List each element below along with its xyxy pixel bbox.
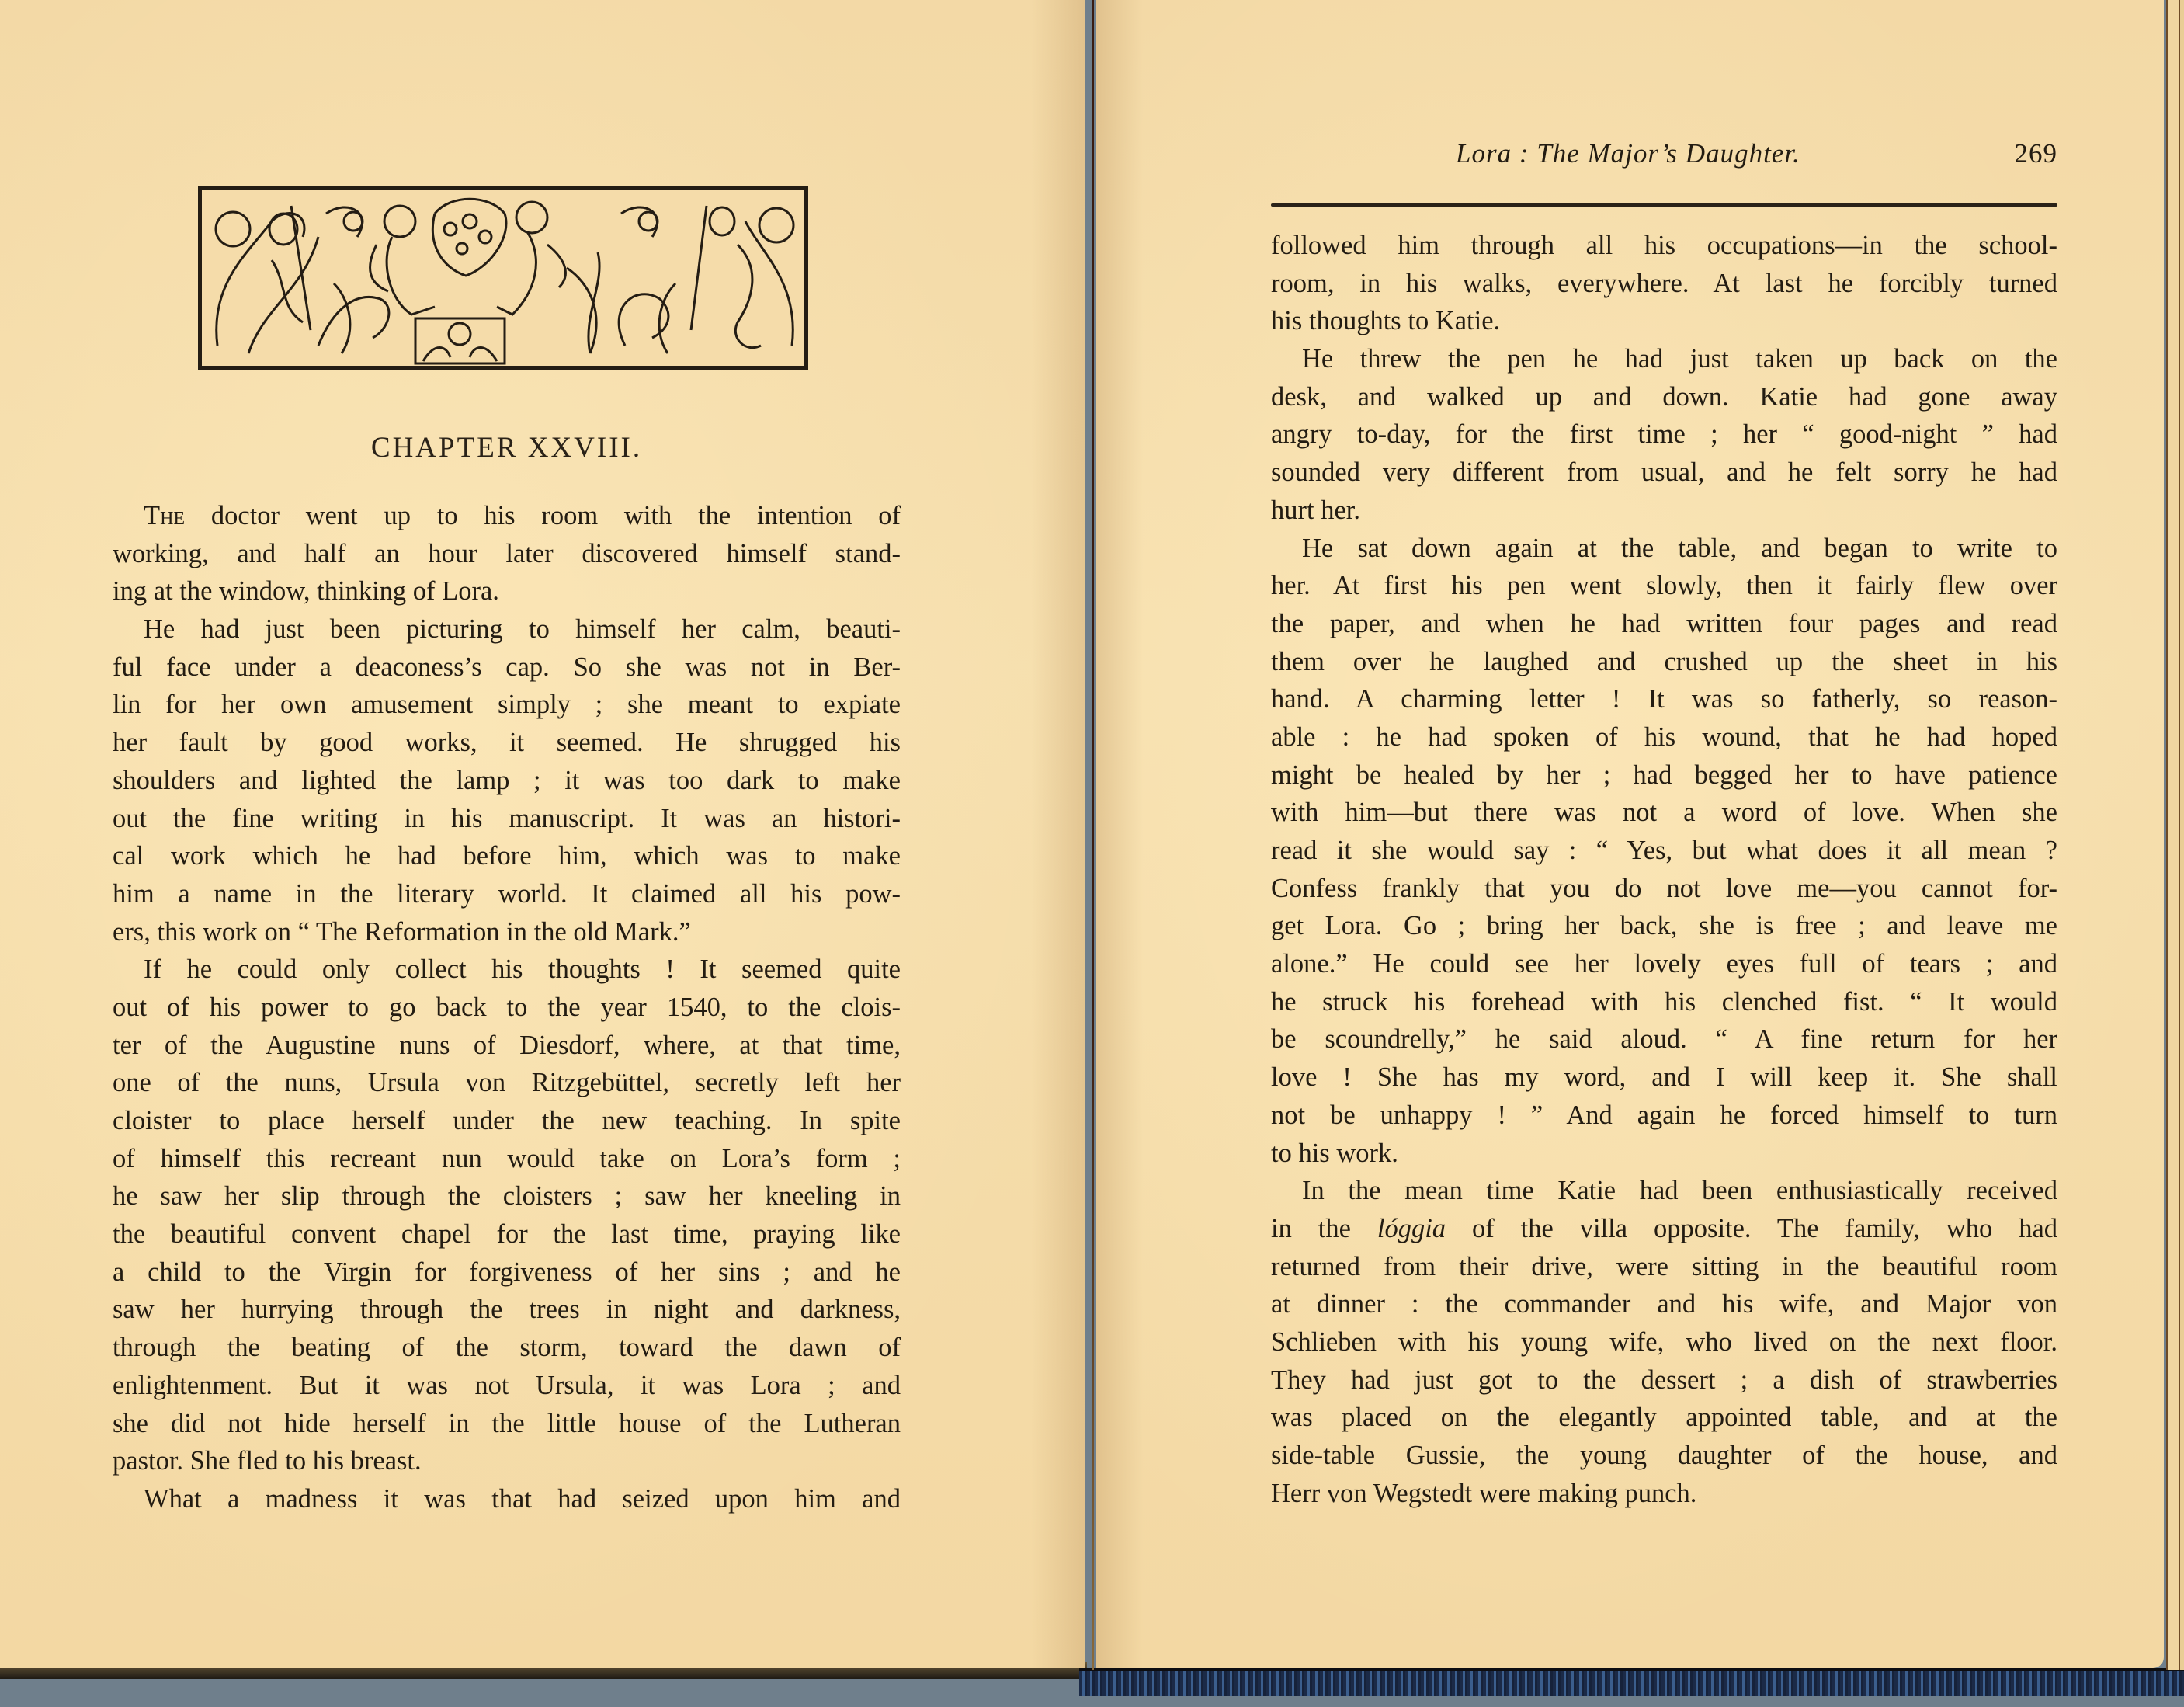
text-line: lin for her own amusement simply ; she m… bbox=[113, 686, 901, 724]
text-line: Schlieben with his young wife, who lived… bbox=[1271, 1323, 2057, 1361]
text-line: her fault by good works, it seemed. He s… bbox=[113, 724, 901, 762]
text-line: might be healed by her ; had begged her … bbox=[1271, 756, 2057, 794]
line-text: he struck his forehead with his clenched… bbox=[1271, 987, 2057, 1017]
text-line: He threw the pen he had just taken up ba… bbox=[1271, 340, 2057, 378]
line-text: lin for her own amusement simply ; she m… bbox=[113, 690, 901, 719]
line-text: he saw her slip through the cloisters ; … bbox=[113, 1181, 901, 1211]
line-text: one of the nuns, Ursula von Ritzgebüttel… bbox=[113, 1068, 901, 1097]
line-text: followed him through all his occupations… bbox=[1271, 231, 2057, 260]
line-text: of himself this recreant nun would take … bbox=[113, 1144, 901, 1173]
text-line: one of the nuns, Ursula von Ritzgebüttel… bbox=[113, 1064, 901, 1102]
text-line: The doctor went up to his room with the … bbox=[113, 497, 901, 535]
line-text: pastor. She fled to his breast. bbox=[113, 1446, 422, 1476]
line-text: working, and half an hour later discover… bbox=[113, 539, 901, 568]
line-text: doctor went up to his room with the inte… bbox=[211, 501, 901, 530]
text-line: ter of the Augustine nuns of Diesdorf, w… bbox=[113, 1027, 901, 1065]
text-line: angry to-day, for the first time ; her “… bbox=[1271, 415, 2057, 454]
line-text: in the bbox=[1271, 1214, 1377, 1243]
text-line: able : he had spoken of his wound, that … bbox=[1271, 718, 2057, 756]
text-line: ing at the window, thinking of Lora. bbox=[113, 572, 901, 610]
line-text: his thoughts to Katie. bbox=[1271, 306, 1500, 335]
line-text: she did not hide herself in the little h… bbox=[113, 1409, 901, 1438]
line-text: sounded very different from usual, and h… bbox=[1271, 457, 2057, 487]
line-text: In the mean time Katie had been enthusia… bbox=[1302, 1176, 2057, 1205]
line-text: read it she would say : “ Yes, but what … bbox=[1271, 836, 2057, 865]
line-text: saw her hurrying through the trees in ni… bbox=[113, 1295, 901, 1324]
text-line: cal work which he had before him, which … bbox=[113, 837, 901, 875]
text-line: he saw her slip through the cloisters ; … bbox=[113, 1177, 901, 1215]
line-text: love ! She has my word, and I will keep … bbox=[1271, 1062, 2057, 1092]
italic-word: lóggia bbox=[1377, 1214, 1446, 1243]
text-line: enlightenment. But it was not Ursula, it… bbox=[113, 1367, 901, 1405]
text-line: was placed on the elegantly appointed ta… bbox=[1271, 1399, 2057, 1437]
text-line: What a madness it was that had seized up… bbox=[113, 1480, 901, 1518]
line-text: the beautiful convent chapel for the las… bbox=[113, 1219, 901, 1249]
text-line: He had just been picturing to himself he… bbox=[113, 610, 901, 648]
line-text: What a madness it was that had seized up… bbox=[144, 1484, 901, 1514]
text-line: Confess frankly that you do not love me—… bbox=[1271, 870, 2057, 908]
text-line: In the mean time Katie had been enthusia… bbox=[1271, 1172, 2057, 1210]
line-text: desk, and walked up and down. Katie had … bbox=[1271, 382, 2057, 412]
text-line: followed him through all his occupations… bbox=[1271, 227, 2057, 265]
text-line: he struck his forehead with his clenched… bbox=[1271, 983, 2057, 1021]
text-line: sounded very different from usual, and h… bbox=[1271, 454, 2057, 492]
line-text-after: of the villa opposite. The family, who h… bbox=[1446, 1214, 2057, 1243]
line-text: her. At first his pen went slowly, then … bbox=[1271, 571, 2057, 600]
line-text: cloister to place herself under the new … bbox=[113, 1106, 901, 1135]
right-page-body: followed him through all his occupations… bbox=[1271, 227, 2057, 1512]
line-text: side-table Gussie, the young daughter of… bbox=[1271, 1441, 2057, 1470]
text-line: of himself this recreant nun would take … bbox=[113, 1140, 901, 1178]
line-text: angry to-day, for the first time ; her “… bbox=[1271, 419, 2057, 449]
line-text: be scoundrelly,” he said aloud. “ A fine… bbox=[1271, 1024, 2057, 1054]
line-text: get Lora. Go ; bring her back, she is fr… bbox=[1271, 911, 2057, 940]
line-text: a child to the Virgin for forgiveness of… bbox=[113, 1257, 901, 1287]
text-line: at dinner : the commander and his wife, … bbox=[1271, 1285, 2057, 1323]
line-text: He threw the pen he had just taken up ba… bbox=[1302, 344, 2057, 374]
line-text: to his work. bbox=[1271, 1139, 1398, 1168]
line-text: Herr von Wegstedt were making punch. bbox=[1271, 1479, 1696, 1508]
lead-smallcaps: The bbox=[144, 501, 185, 530]
text-line: saw her hurrying through the trees in ni… bbox=[113, 1291, 901, 1329]
text-line: Herr von Wegstedt were making punch. bbox=[1271, 1475, 2057, 1513]
line-text: hurt her. bbox=[1271, 495, 1360, 525]
running-head-title: Lora : The Major’s Daughter. bbox=[1456, 138, 1800, 169]
line-text: shoulders and lighted the lamp ; it was … bbox=[113, 766, 901, 795]
page-edges bbox=[2166, 0, 2184, 1670]
text-line: returned from their drive, were sitting … bbox=[1271, 1248, 2057, 1286]
text-line: love ! She has my word, and I will keep … bbox=[1271, 1059, 2057, 1097]
open-book-scan: CHAPTER XXVIII. The doctor went up to hi… bbox=[0, 0, 2184, 1707]
text-line: get Lora. Go ; bring her back, she is fr… bbox=[1271, 907, 2057, 945]
text-line: alone.” He could see her lovely eyes ful… bbox=[1271, 945, 2057, 983]
text-line: in the lóggia of the villa opposite. The… bbox=[1271, 1210, 2057, 1248]
line-text: They had just got to the dessert ; a dis… bbox=[1271, 1365, 2057, 1395]
line-text: might be healed by her ; had begged her … bbox=[1271, 760, 2057, 790]
text-line: out of his power to go back to the year … bbox=[113, 989, 901, 1027]
line-text: them over he laughed and crushed up the … bbox=[1271, 647, 2057, 676]
text-line: with him—but there was not a word of lov… bbox=[1271, 794, 2057, 832]
text-line: pastor. She fled to his breast. bbox=[113, 1442, 901, 1480]
text-line: his thoughts to Katie. bbox=[1271, 302, 2057, 340]
text-line: them over he laughed and crushed up the … bbox=[1271, 643, 2057, 681]
text-line: ers, this work on “ The Reformation in t… bbox=[113, 913, 901, 951]
text-line: working, and half an hour later discover… bbox=[113, 535, 901, 573]
line-text: ful face under a deaconess’s cap. So she… bbox=[113, 652, 901, 682]
line-text: the paper, and when he had written four … bbox=[1271, 609, 2057, 638]
text-line: room, in his walks, everywhere. At last … bbox=[1271, 265, 2057, 303]
line-text: He had just been picturing to himself he… bbox=[144, 614, 901, 644]
text-line: a child to the Virgin for forgiveness of… bbox=[113, 1253, 901, 1292]
text-line: him a name in the literary world. It cla… bbox=[113, 875, 901, 913]
line-text: ter of the Augustine nuns of Diesdorf, w… bbox=[113, 1031, 901, 1060]
line-text: with him—but there was not a word of lov… bbox=[1271, 798, 2057, 827]
chapter-title: CHAPTER XXVIII. bbox=[113, 431, 901, 464]
text-line: shoulders and lighted the lamp ; it was … bbox=[113, 762, 901, 800]
line-text: out of his power to go back to the year … bbox=[113, 993, 901, 1022]
left-page: CHAPTER XXVIII. The doctor went up to hi… bbox=[0, 0, 1085, 1668]
line-text: returned from their drive, were sitting … bbox=[1271, 1252, 2057, 1281]
line-text: ers, this work on “ The Reformation in t… bbox=[113, 917, 691, 947]
line-text: not be unhappy ! ” And again he forced h… bbox=[1271, 1100, 2057, 1130]
text-line: hand. A charming letter ! It was so fath… bbox=[1271, 680, 2057, 718]
ornamental-headpiece-icon bbox=[198, 186, 808, 370]
line-text: Schlieben with his young wife, who lived… bbox=[1271, 1327, 2057, 1357]
line-text: was placed on the elegantly appointed ta… bbox=[1271, 1403, 2057, 1432]
text-line: she did not hide herself in the little h… bbox=[113, 1405, 901, 1443]
text-line: hurt her. bbox=[1271, 492, 2057, 530]
header-rule bbox=[1271, 203, 2057, 207]
text-line: side-table Gussie, the young daughter of… bbox=[1271, 1437, 2057, 1475]
line-text: enlightenment. But it was not Ursula, it… bbox=[113, 1371, 901, 1400]
text-line: not be unhappy ! ” And again he forced h… bbox=[1271, 1097, 2057, 1135]
text-line: the paper, and when he had written four … bbox=[1271, 605, 2057, 643]
line-text: her fault by good works, it seemed. He s… bbox=[113, 728, 901, 757]
text-line: through the beating of the storm, toward… bbox=[113, 1329, 901, 1367]
line-text: through the beating of the storm, toward… bbox=[113, 1333, 901, 1362]
text-line: They had just got to the dessert ; a dis… bbox=[1271, 1361, 2057, 1399]
line-text: ing at the window, thinking of Lora. bbox=[113, 576, 499, 606]
line-text: hand. A charming letter ! It was so fath… bbox=[1271, 684, 2057, 714]
line-text: He sat down again at the table, and bega… bbox=[1302, 534, 2057, 563]
text-line: read it she would say : “ Yes, but what … bbox=[1271, 832, 2057, 870]
line-text: him a name in the literary world. It cla… bbox=[113, 879, 901, 909]
left-page-body: The doctor went up to his room with the … bbox=[113, 497, 901, 1518]
book-cloth-binding bbox=[1079, 1668, 2184, 1696]
line-text: alone.” He could see her lovely eyes ful… bbox=[1271, 949, 2057, 979]
text-line: If he could only collect his thoughts ! … bbox=[113, 951, 901, 989]
line-text: able : he had spoken of his wound, that … bbox=[1271, 722, 2057, 752]
text-line: cloister to place herself under the new … bbox=[113, 1102, 901, 1140]
text-line: out the fine writing in his manuscript. … bbox=[113, 800, 901, 838]
text-line: her. At first his pen went slowly, then … bbox=[1271, 567, 2057, 605]
page-number: 269 bbox=[2015, 138, 2058, 169]
text-line: ful face under a deaconess’s cap. So she… bbox=[113, 648, 901, 687]
line-text: at dinner : the commander and his wife, … bbox=[1271, 1289, 2057, 1319]
running-head: Lora : The Major’s Daughter. 269 bbox=[1271, 138, 2057, 177]
line-text: out the fine writing in his manuscript. … bbox=[113, 804, 901, 833]
line-text: room, in his walks, everywhere. At last … bbox=[1271, 269, 2057, 298]
line-text: If he could only collect his thoughts ! … bbox=[144, 954, 901, 984]
text-line: He sat down again at the table, and bega… bbox=[1271, 530, 2057, 568]
text-line: desk, and walked up and down. Katie had … bbox=[1271, 378, 2057, 416]
text-line: to his work. bbox=[1271, 1135, 2057, 1173]
text-line: the beautiful convent chapel for the las… bbox=[113, 1215, 901, 1253]
text-line: be scoundrelly,” he said aloud. “ A fine… bbox=[1271, 1020, 2057, 1059]
gutter-seam bbox=[1092, 0, 1094, 1670]
line-text: cal work which he had before him, which … bbox=[113, 841, 901, 871]
line-text: Confess frankly that you do not love me—… bbox=[1271, 874, 2057, 903]
